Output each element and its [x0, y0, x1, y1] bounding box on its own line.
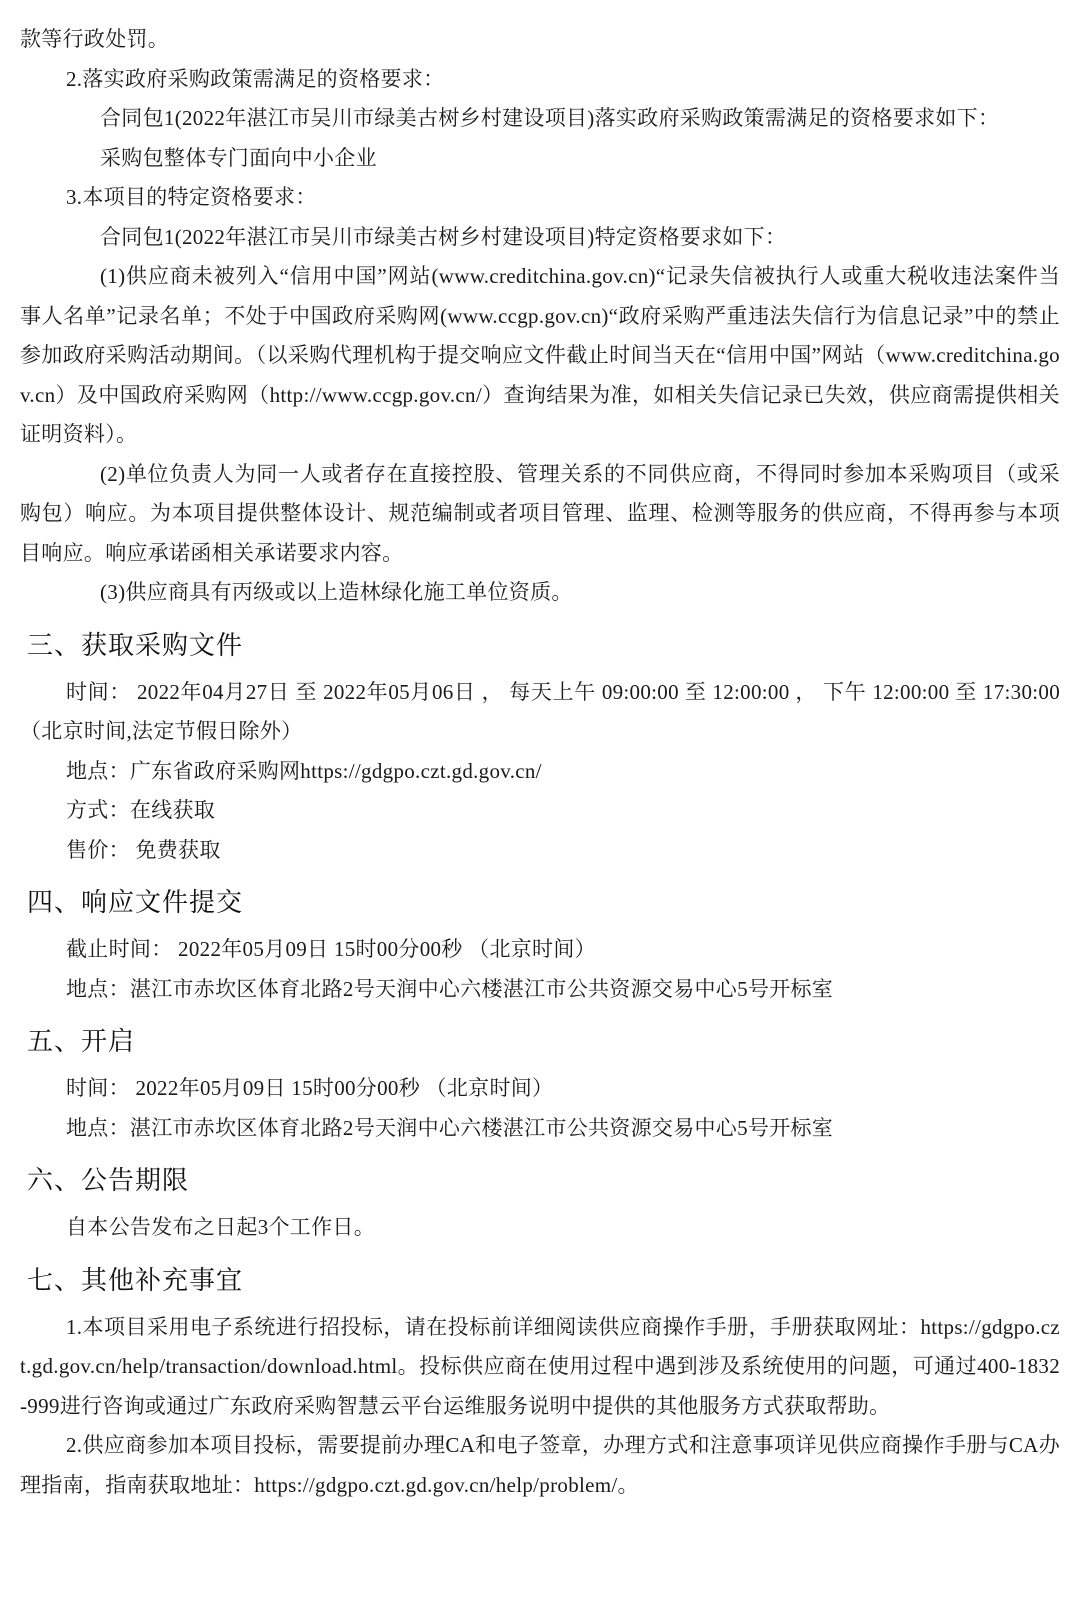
contract-package-1-policy-requirement: 合同包1(2022年湛江市吴川市绿美古树乡村建设项目)落实政府采购政策需满足的资… — [20, 99, 1060, 139]
smb-targeted-note: 采购包整体专门面向中小企业 — [20, 139, 1060, 179]
section-heading-opening: 五、开启 — [27, 1024, 1060, 1060]
submission-deadline: 截止时间： 2022年05月09日 15时00分00秒 （北京时间） — [20, 930, 1060, 970]
obtain-price: 售价： 免费获取 — [20, 831, 1060, 871]
qualification-item-2: 2.落实政府采购政策需满足的资格要求： — [20, 60, 1060, 100]
contract-package-1-specific-requirement: 合同包1(2022年湛江市吴川市绿美古树乡村建设项目)特定资格要求如下： — [20, 218, 1060, 258]
specific-requirement-2: (2)单位负责人为同一人或者存在直接控股、管理关系的不同供应商，不得同时参加本采… — [20, 455, 1060, 574]
specific-requirement-3: (3)供应商具有丙级或以上造林绿化施工单位资质。 — [20, 573, 1060, 613]
submission-location: 地点：湛江市赤坎区体育北路2号天润中心六楼湛江市公共资源交易中心5号开标室 — [20, 970, 1060, 1010]
continuation-text: 款等行政处罚。 — [20, 20, 1060, 60]
opening-time: 时间： 2022年05月09日 15时00分00秒 （北京时间） — [20, 1069, 1060, 1109]
section-heading-other-matters: 七、其他补充事宜 — [27, 1263, 1060, 1299]
specific-requirement-1: (1)供应商未被列入“信用中国”网站(www.creditchina.gov.c… — [20, 257, 1060, 455]
obtain-method: 方式：在线获取 — [20, 791, 1060, 831]
document-page: { "document": { "intro": { "continuation… — [0, 0, 1090, 1597]
section-heading-response-submission: 四、响应文件提交 — [27, 885, 1060, 921]
other-matters-item-2: 2.供应商参加本项目投标，需要提前办理CA和电子签章，办理方式和注意事项详见供应… — [20, 1426, 1060, 1505]
qualification-item-3: 3.本项目的特定资格要求： — [20, 178, 1060, 218]
obtain-time: 时间： 2022年04月27日 至 2022年05月06日 ， 每天上午 09:… — [20, 673, 1060, 752]
section-heading-announcement-period: 六、公告期限 — [27, 1163, 1060, 1199]
section-heading-obtain-documents: 三、获取采购文件 — [27, 628, 1060, 664]
announcement-document: 款等行政处罚。 2.落实政府采购政策需满足的资格要求： 合同包1(2022年湛江… — [0, 0, 1090, 1597]
announcement-period-text: 自本公告发布之日起3个工作日。 — [20, 1208, 1060, 1248]
other-matters-item-1: 1.本项目采用电子系统进行招投标，请在投标前详细阅读供应商操作手册，手册获取网址… — [20, 1308, 1060, 1427]
opening-location: 地点：湛江市赤坎区体育北路2号天润中心六楼湛江市公共资源交易中心5号开标室 — [20, 1109, 1060, 1149]
obtain-location: 地点：广东省政府采购网https://gdgpo.czt.gd.gov.cn/ — [20, 752, 1060, 792]
